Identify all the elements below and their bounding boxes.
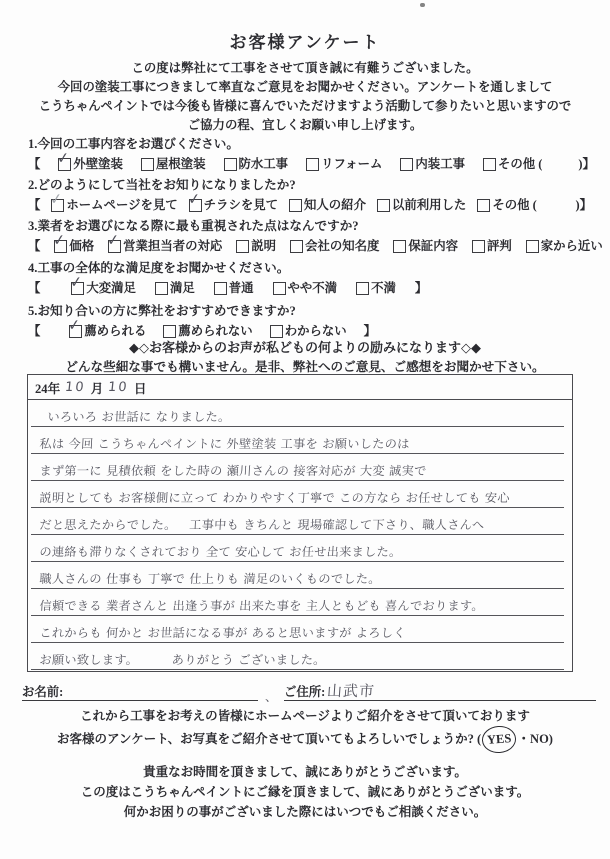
paren-open: (: [477, 732, 481, 746]
handwritten-text: いろいろ お世話に なりました。: [47, 408, 231, 425]
checkbox-icon[interactable]: [306, 158, 319, 171]
bracket-open: 【: [28, 154, 40, 175]
ruled-line[interactable]: お願い致します。 ありがとう ございました。: [31, 643, 564, 670]
options-row: 【✓大変満足満足普通やや不満不満】: [28, 278, 592, 299]
check-mark: ✓: [57, 150, 71, 166]
handwritten-text: まず第一に 見積依頼 をした時の 瀬川さんの 接客対応が 大変 誠実で: [39, 462, 427, 479]
question-label: 5.お知り合いの方に弊社をおすすめできますか?: [28, 302, 592, 321]
handwritten-text: だと思えたからでした。 工事中も きちんと 現場確認して下さり、職人さんへ: [39, 516, 485, 533]
question: 4.工事の全体的な満足度をお聞かせください。【✓大変満足満足普通やや不満不満】: [28, 259, 592, 299]
checkbox-checked-icon[interactable]: ✓: [51, 199, 64, 212]
question: 1.今回の工事内容をお選びください。【✓外壁塗装屋根塗装防水工事リフォーム内装工…: [28, 135, 592, 175]
option: 家から近い: [526, 236, 603, 257]
checkbox-checked-icon[interactable]: ✓: [54, 240, 67, 253]
handwritten-text: の連絡も滞りなくされており 全て 安心して お任せ出来ました。: [39, 543, 402, 560]
ruled-line[interactable]: 職人さんの 仕事も 丁寧で 仕上りも 満足のいくものでした。: [31, 562, 564, 589]
ruled-line[interactable]: の連絡も滞りなくされており 全て 安心して お任せ出来ました。: [31, 535, 564, 562]
option-label: 評判: [487, 236, 512, 257]
handwritten-text: 私は 今回 こうちゃんペイントに 外壁塗装 工事を お願いしたのは: [39, 435, 410, 452]
option-label: 外壁塗装: [73, 154, 123, 175]
option: 知人の紹介: [289, 195, 366, 216]
handwritten-text: 職人さんの 仕事も 丁寧で 仕上りも 満足のいくものでした。: [39, 570, 381, 587]
option: 防水工事: [224, 154, 289, 175]
option-label: 普通: [229, 278, 254, 299]
option: リフォーム: [306, 154, 382, 175]
checkbox-checked-icon[interactable]: ✓: [71, 282, 84, 295]
address-label: ご住所:: [284, 684, 325, 700]
handwritten-text: お願い致します。 ありがとう ございました。: [39, 651, 326, 668]
checkbox-icon[interactable]: [477, 199, 490, 212]
ruled-line[interactable]: 説明としても お客様側に立って わかりやすく丁寧で この方なら お任せしても 安…: [31, 481, 564, 508]
option-label: 価格: [69, 236, 94, 257]
comment-box: 24年 10 月 10 日 いろいろ お世話に なりました。私は 今回 こうちゃ…: [27, 374, 573, 672]
encouragement-line: ◆◇お客様からのお声が私どもの何よりの励みになります◇◆: [0, 338, 610, 357]
option: 満足: [155, 278, 195, 299]
checkbox-icon[interactable]: [393, 240, 406, 253]
option-label: 大変満足: [86, 278, 136, 299]
no-option[interactable]: NO: [530, 732, 549, 746]
option: ✓大変満足: [71, 278, 136, 299]
footer: これから工事をお考えの皆様にホームページよりご紹介をさせて頂いております お客様…: [0, 706, 610, 822]
option-label: 会社の知名度: [305, 236, 379, 257]
option: ✓営業担当者の対応: [108, 236, 222, 257]
closing-line: この度はこうちゃんペイントにご縁を頂きまして、誠にありがとうございます。: [0, 782, 610, 802]
option: 説明: [236, 236, 276, 257]
date-year-label: 24年: [35, 378, 60, 397]
checkbox-icon[interactable]: [163, 325, 176, 338]
options-row: 【✓ホームページを見て✓チラシを見て知人の紹介以前利用したその他 ()】: [28, 195, 592, 216]
bracket-open: 【: [28, 236, 40, 257]
closing-line: 何かお困りの事がございました際にはいつでもご相談ください。: [0, 802, 610, 822]
yes-no-line: お客様のアンケート、お写真をご紹介させて頂いてもよろしいでしょうか? (YES・…: [0, 726, 610, 753]
check-mark: ✓: [187, 191, 201, 207]
date-month-label: 月: [91, 378, 104, 397]
question-label: 2.どのようにして当社をお知りになりましたか?: [28, 176, 592, 195]
option: 普通: [214, 278, 254, 299]
question: 5.お知り合いの方に弊社をおすすめできますか?【✓薦められる薦められないわからな…: [28, 302, 592, 342]
closing-lines: 貴重なお時間を頂きまして、誠にありがとうございます。この度はこうちゃんペイントに…: [0, 762, 610, 822]
option-label: 不満: [371, 278, 396, 299]
checkbox-icon[interactable]: [214, 282, 227, 295]
option: ✓ホームページを見て: [51, 195, 177, 216]
survey-sheet: お客様アンケート この度は弊社にて工事をさせて頂き誠に有難うございました。今回の…: [0, 0, 610, 859]
checkbox-icon[interactable]: [224, 158, 237, 171]
option: 保証内容: [393, 236, 458, 257]
paren-close: ): [549, 732, 553, 746]
intro-line: 今回の塗装工事につきまして率直なご意見をお聞かせください。アンケートを通しまして: [0, 78, 610, 97]
checkbox-icon[interactable]: [526, 240, 539, 253]
address-value: 山武市: [327, 680, 376, 701]
bracket-close: )】: [575, 195, 592, 216]
checkbox-icon[interactable]: [400, 158, 413, 171]
option: 不満: [356, 278, 396, 299]
option-label: 内装工事: [415, 154, 465, 175]
date-month-value: 10: [61, 380, 89, 395]
check-mark: ✓: [106, 232, 120, 248]
option: ✓価格: [54, 236, 94, 257]
question: 3.業者をお選びになる際に最も重視された点はなんですか?【✓価格✓営業担当者の対…: [28, 217, 592, 257]
option-label: チラシを見て: [204, 195, 278, 216]
checkbox-checked-icon[interactable]: ✓: [189, 199, 202, 212]
ruled-line[interactable]: 信頼できる 業者さんと 出逢う事が 出来た事を 主人ともども 喜んでおります。: [31, 589, 564, 616]
ruled-line[interactable]: まず第一に 見積依頼 をした時の 瀬川さんの 接客対応が 大変 誠実で: [31, 454, 564, 481]
check-mark: ✓: [68, 317, 82, 333]
option: 屋根塗装: [141, 154, 206, 175]
question-label: 4.工事の全体的な満足度をお聞かせください。: [28, 259, 592, 278]
option-label: 知人の紹介: [304, 195, 366, 216]
address-field[interactable]: ご住所: 山武市: [284, 679, 596, 701]
intro-line: この度は弊社にて工事をさせて頂き誠に有難うございました。: [0, 59, 610, 78]
option: 会社の知名度: [290, 236, 379, 257]
date-day-label: 日: [134, 378, 147, 397]
option: ✓外壁塗装: [58, 154, 123, 175]
option: 評判: [472, 236, 512, 257]
option-label: 営業担当者の対応: [123, 236, 222, 257]
bracket-open: 【: [28, 278, 40, 299]
intro-line: ご協力の程、宜しくお願い申し上げます。: [0, 116, 610, 135]
questions-section: 1.今回の工事内容をお選びください。【✓外壁塗装屋根塗装防水工事リフォーム内装工…: [28, 135, 592, 343]
handwritten-comment: いろいろ お世話に なりました。私は 今回 こうちゃんペイントに 外壁塗装 工事…: [31, 400, 564, 670]
page-title: お客様アンケート: [0, 28, 610, 53]
option-label: その他 (: [492, 195, 536, 216]
checkbox-checked-icon[interactable]: ✓: [69, 325, 82, 338]
ruled-line[interactable]: 私は 今回 こうちゃんペイントに 外壁塗装 工事を お願いしたのは: [31, 427, 564, 454]
option-label: 満足: [170, 278, 195, 299]
checkbox-icon[interactable]: [236, 240, 249, 253]
ruled-line[interactable]: これからも 何かと お世話になる事が あると思いますが よろしく: [31, 616, 564, 643]
checkbox-icon[interactable]: [472, 240, 485, 253]
checkbox-icon[interactable]: [155, 282, 168, 295]
option-label: 屋根塗装: [156, 154, 206, 175]
yes-no-separator: ・: [518, 732, 531, 746]
option-label: 説明: [251, 236, 276, 257]
options-row: 【✓価格✓営業担当者の対応説明会社の知名度保証内容評判家から近い】: [28, 236, 592, 257]
options-row: 【✓外壁塗装屋根塗装防水工事リフォーム内装工事その他 ()】: [28, 154, 592, 175]
option: 内装工事: [400, 154, 465, 175]
option: その他 (: [483, 154, 542, 175]
date-day-value: 10: [105, 380, 133, 395]
option-label: ホームページを見て: [66, 195, 177, 216]
yes-option[interactable]: YES: [481, 725, 517, 754]
bracket-open: 【: [28, 195, 40, 216]
ruled-line[interactable]: だと思えたからでした。 工事中も きちんと 現場確認して下さり、職人さんへ: [31, 508, 564, 535]
option-label: 保証内容: [408, 236, 458, 257]
name-label: お名前:: [22, 684, 63, 700]
footer-intro-line: これから工事をお考えの皆様にホームページよりご紹介をさせて頂いております: [0, 706, 610, 726]
option: やや不満: [273, 278, 338, 299]
date-row: 24年 10 月 10 日: [28, 375, 572, 400]
option-label: リフォーム: [321, 154, 382, 175]
handwritten-text: 説明としても お客様側に立って わかりやすく丁寧で この方なら お任せしても 安…: [39, 489, 510, 506]
option-label: その他 (: [498, 154, 542, 175]
bracket-close: 】: [415, 278, 427, 299]
handwritten-text: これからも 何かと お世話になる事が あると思いますが よろしく: [39, 624, 406, 641]
option-label: 家から近い: [541, 236, 603, 257]
checkbox-icon[interactable]: [356, 282, 369, 295]
checkbox-checked-icon[interactable]: ✓: [58, 158, 71, 171]
checkbox-icon[interactable]: [483, 158, 496, 171]
option: ✓チラシを見て: [189, 195, 278, 216]
handwritten-comma: 、: [258, 688, 284, 705]
checkbox-icon[interactable]: [290, 240, 303, 253]
check-mark: ✓: [50, 191, 64, 207]
intro-paragraph: この度は弊社にて工事をさせて頂き誠に有難うございました。今回の塗装工事につきまし…: [0, 59, 610, 135]
handwritten-text: 信頼できる 業者さんと 出逢う事が 出来た事を 主人ともども 喜んでおります。: [39, 597, 484, 614]
checkbox-icon[interactable]: [377, 199, 390, 212]
name-field[interactable]: お名前:: [22, 684, 258, 701]
encouragement-block: ◆◇お客様からのお声が私どもの何よりの励みになります◇◆ どんな些細な事でも構い…: [0, 338, 610, 377]
option: 以前利用した: [377, 195, 466, 216]
checkbox-icon[interactable]: [289, 199, 302, 212]
option-label: 防水工事: [239, 154, 289, 175]
option-label: 以前利用した: [392, 195, 466, 216]
option-label: やや不満: [288, 278, 338, 299]
intro-line: こうちゃんペイントでは今後も皆様に喜んでいただけますよう活動して参りたいと思いま…: [0, 97, 610, 116]
name-address-row: お名前: 、 ご住所: 山武市: [22, 682, 596, 701]
question: 2.どのようにして当社をお知りになりましたか?【✓ホームページを見て✓チラシを見…: [28, 176, 592, 216]
checkbox-icon[interactable]: [270, 325, 283, 338]
closing-line: 貴重なお時間を頂きまして、誠にありがとうございます。: [0, 762, 610, 782]
ruled-line[interactable]: いろいろ お世話に なりました。: [31, 400, 564, 427]
check-mark: ✓: [70, 274, 84, 290]
footer-question-line: お客様のアンケート、お写真をご紹介させて頂いてもよろしいでしょうか?: [57, 732, 474, 746]
bracket-close: )】: [578, 154, 595, 175]
checkbox-icon[interactable]: [141, 158, 154, 171]
checkbox-checked-icon[interactable]: ✓: [108, 240, 121, 253]
check-mark: ✓: [53, 232, 67, 248]
question-label: 1.今回の工事内容をお選びください。: [28, 135, 592, 154]
scan-artifact: [420, 3, 425, 7]
option: その他 (: [477, 195, 536, 216]
checkbox-icon[interactable]: [273, 282, 286, 295]
